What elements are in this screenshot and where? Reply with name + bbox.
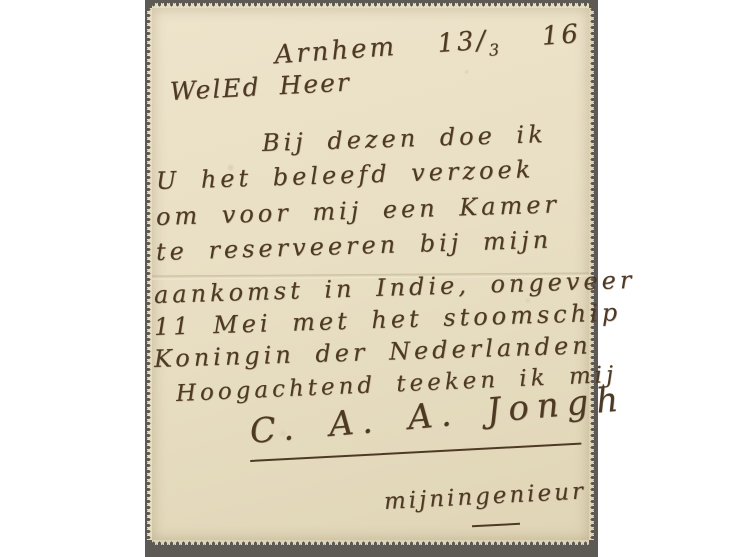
dateline: Arnhem 13/3 16	[274, 20, 583, 74]
signer-title-underline	[472, 523, 520, 527]
body-line: te reserveeren bij mijn	[156, 227, 553, 266]
dateline-year: 16	[541, 19, 582, 52]
body-line: U het beleefd verzoek	[156, 156, 535, 194]
perforated-edge-bottom	[152, 540, 589, 545]
perforated-edge-top	[152, 3, 589, 8]
body-line: om voor mij een Kamer	[156, 191, 561, 230]
photo-backdrop: Arnhem 13/3 16 WelEd Heer Bij dezen doe …	[145, 0, 598, 557]
salutation: WelEd Heer	[169, 69, 351, 106]
perforated-edge-left	[147, 8, 152, 540]
letter-paper: Arnhem 13/3 16 WelEd Heer Bij dezen doe …	[152, 8, 589, 540]
signer-title: mijningenieur	[383, 479, 586, 515]
dateline-place: Arnhem	[274, 32, 399, 70]
body-line: Bij dezen doe ik	[262, 121, 547, 156]
dateline-day: 13	[436, 26, 477, 59]
dateline-month: 3	[488, 40, 503, 60]
